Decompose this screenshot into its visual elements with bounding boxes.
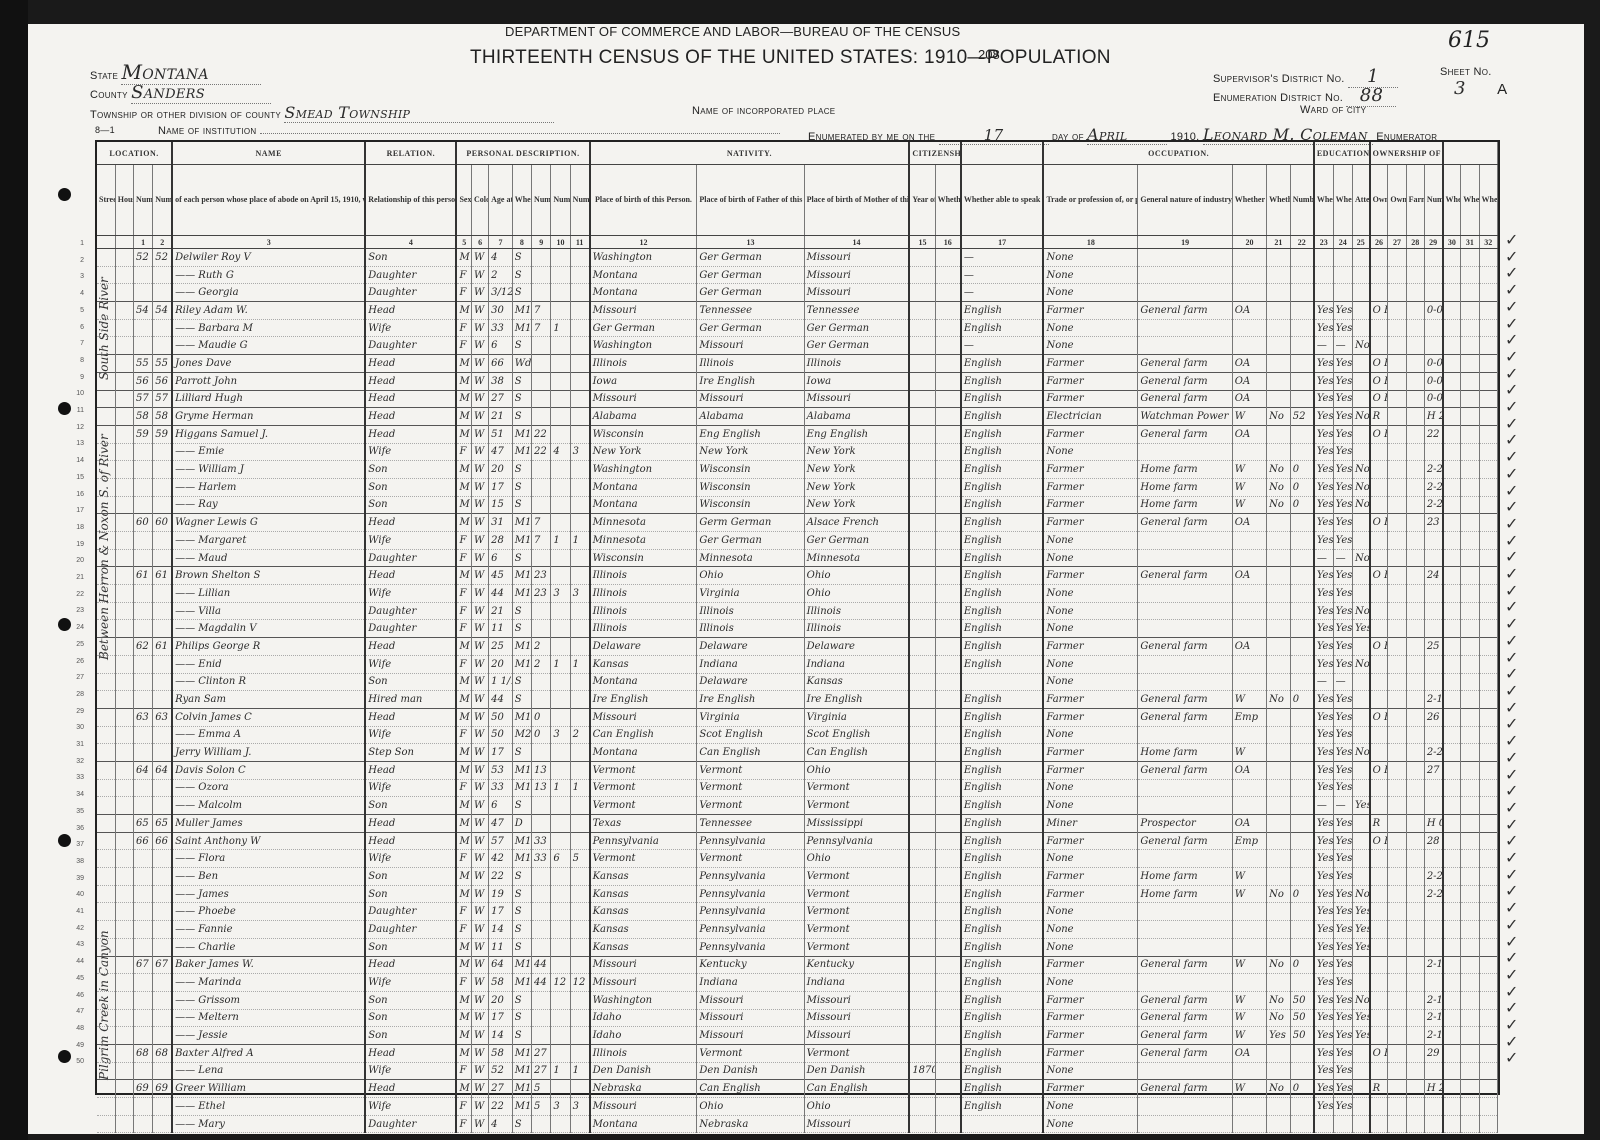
cell-empty	[1388, 991, 1406, 1009]
cell-sch	[1352, 956, 1369, 974]
cell-lang: English	[961, 390, 1044, 408]
cell-farm: 28	[1424, 832, 1442, 850]
cell-liv	[570, 761, 589, 779]
cell-empty	[1406, 302, 1424, 320]
cell-ind: Prospector	[1138, 815, 1232, 833]
cell-fpob: Illinois	[697, 602, 804, 620]
cell-trade: None	[1043, 726, 1137, 744]
cell-fpob: Pennsylvania	[697, 885, 804, 903]
cell-trade: None	[1043, 655, 1137, 673]
cell-fam	[153, 885, 172, 903]
cell-nat	[935, 355, 961, 373]
cell-fpob: Virginia	[697, 585, 804, 603]
cell-cls: W	[1232, 461, 1266, 479]
cell-imm	[909, 1044, 935, 1062]
cell-dw	[133, 620, 152, 638]
cell-rel: Head	[365, 708, 456, 726]
cell-empty	[115, 620, 133, 638]
cell-imm	[909, 797, 935, 815]
cell-age: 66	[489, 355, 513, 373]
cell-pob: Kansas	[590, 868, 697, 886]
cell-oow	[1267, 1062, 1291, 1080]
cell-name: —— Maudie G	[172, 337, 365, 355]
cell-empty	[1388, 266, 1406, 284]
cell-age: 38	[489, 372, 513, 390]
cell-mpob: Missouri	[804, 390, 909, 408]
cell-age: 21	[489, 602, 513, 620]
cell-pob: Ger German	[590, 319, 697, 337]
cell-fam	[153, 1062, 172, 1080]
cell-wr: Yes	[1333, 390, 1352, 408]
cell-ind	[1138, 1115, 1232, 1133]
cell-empty	[1443, 638, 1461, 656]
cell-name: —— Emma A	[172, 726, 365, 744]
cell-fpob: Ohio	[697, 1098, 804, 1116]
cell-own: O F F	[1370, 708, 1388, 726]
cell-age: 20	[489, 991, 513, 1009]
cell-trade: None	[1043, 266, 1137, 284]
cell-wr: Yes	[1333, 585, 1352, 603]
cell-cls: W	[1232, 868, 1266, 886]
cell-empty	[1479, 585, 1497, 603]
cell-cls	[1232, 266, 1266, 284]
cell-empty	[97, 779, 115, 797]
cell-empty	[115, 991, 133, 1009]
cell-fpob: Germ German	[697, 514, 804, 532]
cell-sch	[1352, 443, 1369, 461]
cell-lang: English	[961, 319, 1044, 337]
cell-empty	[1388, 443, 1406, 461]
cell-empty	[1388, 496, 1406, 514]
cell-wk	[1290, 1098, 1314, 1116]
cell-wk	[1290, 761, 1314, 779]
line-number: 47	[68, 1008, 84, 1015]
cell-fpob: Illinois	[697, 355, 804, 373]
cell-dw: 63	[133, 708, 152, 726]
cell-ym	[532, 673, 551, 691]
cell-dw: 62	[133, 638, 152, 656]
cell-farm: 2-1-0-0	[1424, 1027, 1442, 1045]
cell-fam	[153, 602, 172, 620]
cell-sch	[1352, 425, 1369, 443]
cell-pob: Washington	[590, 461, 697, 479]
cell-wr: Yes	[1333, 514, 1352, 532]
cell-name: —— Maud	[172, 549, 365, 567]
cell-fpob: Missouri	[697, 390, 804, 408]
cell-ind	[1138, 620, 1232, 638]
cell-wk	[1290, 425, 1314, 443]
cell-nat	[935, 425, 961, 443]
cell-cls: W	[1232, 408, 1266, 426]
cell-sex: F	[456, 974, 471, 992]
cell-race: W	[471, 443, 488, 461]
supervisor-label: Supervisor's District No.	[1213, 73, 1345, 85]
cell-fpob: Pennsylvania	[697, 832, 804, 850]
cell-ym: 2	[532, 638, 551, 656]
cell-name: —— Barbara M	[172, 319, 365, 337]
cell-oow	[1267, 390, 1291, 408]
line-number: 34	[68, 791, 84, 798]
cell-imm	[909, 779, 935, 797]
cell-race: W	[471, 408, 488, 426]
cell-rd: Yes	[1314, 425, 1333, 443]
cell-sex: F	[456, 620, 471, 638]
cell-sch: Yes	[1352, 1027, 1369, 1045]
cell-liv	[570, 868, 589, 886]
cell-sex: M	[456, 461, 471, 479]
cell-fpob: Kentucky	[697, 956, 804, 974]
cell-empty	[1406, 602, 1424, 620]
cell-sex: F	[456, 266, 471, 284]
cell-liv	[570, 355, 589, 373]
cell-name: —— Fannie	[172, 921, 365, 939]
cell-born	[551, 549, 570, 567]
cell-pob: Can English	[590, 726, 697, 744]
cell-fam	[153, 1115, 172, 1133]
cell-born	[551, 514, 570, 532]
cell-empty	[1461, 585, 1479, 603]
cell-rel: Daughter	[365, 337, 456, 355]
column-number: 3	[172, 236, 365, 249]
column-number: 32	[1479, 236, 1497, 249]
cell-trade: None	[1043, 443, 1137, 461]
cell-fam	[153, 903, 172, 921]
cell-name: —— Malcolm	[172, 797, 365, 815]
cell-oow	[1267, 797, 1291, 815]
cell-ms: M1	[512, 514, 531, 532]
cell-empty	[1388, 549, 1406, 567]
cell-nat	[935, 744, 961, 762]
cell-liv: 3	[570, 1098, 589, 1116]
cell-wk	[1290, 585, 1314, 603]
cell-trade: None	[1043, 1115, 1137, 1133]
cell-empty	[1461, 974, 1479, 992]
cell-born: 1	[551, 532, 570, 550]
cell-empty	[1388, 850, 1406, 868]
cell-ym	[532, 691, 551, 709]
cell-empty	[1406, 868, 1424, 886]
cell-nat	[935, 514, 961, 532]
cell-born: 6	[551, 850, 570, 868]
cell-trade: Farmer	[1043, 708, 1137, 726]
table-row: —— EthelWifeFW22M1533MissouriOhioOhioEng…	[97, 1098, 1498, 1116]
line-number: 8	[68, 357, 84, 364]
cell-rel: Daughter	[365, 549, 456, 567]
cell-empty	[115, 425, 133, 443]
cell-empty	[1461, 779, 1479, 797]
cell-fpob: Alabama	[697, 408, 804, 426]
column-number: 26	[1370, 236, 1388, 249]
cell-oow	[1267, 567, 1291, 585]
cell-liv	[570, 372, 589, 390]
cell-born: 12	[551, 974, 570, 992]
cell-empty	[1443, 408, 1461, 426]
cell-ms: Wd	[512, 355, 531, 373]
cell-nat	[935, 266, 961, 284]
cell-rel: Wife	[365, 443, 456, 461]
cell-own	[1370, 885, 1388, 903]
cell-ms: M1	[512, 1044, 531, 1062]
col-sex: Sex.	[456, 165, 471, 236]
cell-imm	[909, 425, 935, 443]
cell-empty	[1406, 850, 1424, 868]
cell-liv	[570, 302, 589, 320]
cell-wk	[1290, 284, 1314, 302]
cell-own	[1370, 1062, 1388, 1080]
cell-ms: M1	[512, 655, 531, 673]
cell-sch	[1352, 249, 1369, 267]
township-label: Township or other division of county	[90, 109, 281, 121]
cell-imm	[909, 1027, 935, 1045]
cell-mpob: Missouri	[804, 1115, 909, 1133]
cell-empty	[1388, 408, 1406, 426]
cell-empty	[1388, 567, 1406, 585]
cell-trade: Farmer	[1043, 514, 1137, 532]
cell-mpob: Vermont	[804, 1044, 909, 1062]
cell-pob: Illinois	[590, 585, 697, 603]
cell-age: 33	[489, 319, 513, 337]
cell-empty	[97, 390, 115, 408]
cell-own: O F F	[1370, 832, 1388, 850]
cell-age: 31	[489, 514, 513, 532]
cell-ind: General farm	[1138, 956, 1232, 974]
cell-race: W	[471, 691, 488, 709]
cell-pob: Idaho	[590, 1009, 697, 1027]
cell-oow	[1267, 514, 1291, 532]
cell-rel: Head	[365, 408, 456, 426]
cell-imm	[909, 868, 935, 886]
col-marital: Whether single, married, widowed, or div…	[512, 165, 531, 236]
cell-trade: Farmer	[1043, 638, 1137, 656]
cell-wk: 0	[1290, 478, 1314, 496]
cell-ms: S	[512, 390, 531, 408]
cell-empty	[1479, 797, 1497, 815]
cell-name: Greer William	[172, 1080, 365, 1098]
cell-rd: Yes	[1314, 585, 1333, 603]
cell-empty	[115, 832, 133, 850]
cell-born	[551, 461, 570, 479]
cell-race: W	[471, 461, 488, 479]
cell-sex: M	[456, 302, 471, 320]
cell-cls: OA	[1232, 514, 1266, 532]
cell-empty	[1461, 956, 1479, 974]
cell-sch: No	[1352, 461, 1369, 479]
cell-wr: Yes	[1333, 1080, 1352, 1098]
cell-born	[551, 903, 570, 921]
cell-ind	[1138, 337, 1232, 355]
cell-empty	[1461, 691, 1479, 709]
cell-sch: No	[1352, 408, 1369, 426]
cell-pob: Wisconsin	[590, 549, 697, 567]
cell-wk: 0	[1290, 1080, 1314, 1098]
cell-dw	[133, 885, 152, 903]
cell-empty	[1461, 355, 1479, 373]
column-number: 1	[133, 236, 152, 249]
col-name: of each person whose place of abode on A…	[172, 165, 365, 236]
cell-age: 17	[489, 903, 513, 921]
cell-nat	[935, 408, 961, 426]
cell-imm	[909, 991, 935, 1009]
cell-mpob: Illinois	[804, 602, 909, 620]
cell-cls	[1232, 249, 1266, 267]
cell-rd: Yes	[1314, 956, 1333, 974]
cell-age: 6	[489, 337, 513, 355]
cell-imm	[909, 585, 935, 603]
cell-own	[1370, 266, 1388, 284]
cell-fam	[153, 868, 172, 886]
column-number: 28	[1406, 236, 1424, 249]
cell-nat	[935, 1044, 961, 1062]
cell-lang: English	[961, 1009, 1044, 1027]
cell-empty	[1479, 691, 1497, 709]
cell-born	[551, 673, 570, 691]
cell-farm: 2-1-0-0	[1424, 1009, 1442, 1027]
cell-empty	[115, 549, 133, 567]
cell-wr: Yes	[1333, 302, 1352, 320]
cell-farm: H 0-7-0-6	[1424, 815, 1442, 833]
cell-nat	[935, 885, 961, 903]
table-row: 6060Wagner Lewis GHeadMW31M17MinnesotaGe…	[97, 514, 1498, 532]
cell-rd: Yes	[1314, 355, 1333, 373]
cell-pob: Minnesota	[590, 514, 697, 532]
cell-empty	[97, 726, 115, 744]
cell-empty	[1461, 868, 1479, 886]
column-number: 13	[697, 236, 804, 249]
cell-empty	[1406, 319, 1424, 337]
cell-rd: Yes	[1314, 567, 1333, 585]
cell-cls: OA	[1232, 425, 1266, 443]
cell-empty	[1461, 1080, 1479, 1098]
cell-empty	[1406, 974, 1424, 992]
cell-liv	[570, 319, 589, 337]
cell-lang: —	[961, 266, 1044, 284]
cell-dw: 58	[133, 408, 152, 426]
cell-pob: Wisconsin	[590, 425, 697, 443]
cell-empty	[115, 797, 133, 815]
cell-empty	[115, 567, 133, 585]
cell-oow	[1267, 319, 1291, 337]
cell-wk	[1290, 815, 1314, 833]
cell-lang: English	[961, 956, 1044, 974]
cell-own	[1370, 1009, 1388, 1027]
line-number: 35	[68, 808, 84, 815]
cell-cls	[1232, 903, 1266, 921]
cell-ind: General farm	[1138, 372, 1232, 390]
cell-race: W	[471, 549, 488, 567]
cell-mpob: Kansas	[804, 673, 909, 691]
cell-ym: 22	[532, 443, 551, 461]
cell-imm	[909, 620, 935, 638]
cell-wk: 0	[1290, 956, 1314, 974]
cell-sch	[1352, 761, 1369, 779]
cell-mpob: Mississippi	[804, 815, 909, 833]
cell-empty	[97, 514, 115, 532]
cell-ms: S	[512, 673, 531, 691]
cell-dw	[133, 602, 152, 620]
cell-age: 4	[489, 249, 513, 267]
cell-liv	[570, 567, 589, 585]
cell-empty	[1406, 372, 1424, 390]
cell-empty	[1388, 425, 1406, 443]
cell-lang: English	[961, 691, 1044, 709]
cell-pob: Kansas	[590, 938, 697, 956]
line-number: 2	[68, 257, 84, 264]
table-row: 6666Saint Anthony WHeadMW57M133Pennsylva…	[97, 832, 1498, 850]
cell-empty	[1443, 355, 1461, 373]
cell-oow: No	[1267, 1009, 1291, 1027]
cell-empty	[1406, 779, 1424, 797]
cell-own	[1370, 620, 1388, 638]
cell-wk	[1290, 249, 1314, 267]
table-row: —— MalcolmSonMW6SVermontVermontVermontEn…	[97, 797, 1498, 815]
cell-born	[551, 249, 570, 267]
cell-empty	[115, 496, 133, 514]
cell-ms: M1	[512, 832, 531, 850]
cell-name: Higgans Samuel J.	[172, 425, 365, 443]
cell-wk: 50	[1290, 1009, 1314, 1027]
cell-sex: F	[456, 337, 471, 355]
table-row: 5252Delwiler Roy VSonMW4SWashingtonGer G…	[97, 249, 1498, 267]
cell-sex: M	[456, 797, 471, 815]
cell-ym	[532, 249, 551, 267]
cell-empty	[1388, 691, 1406, 709]
group-relation: RELATION.	[365, 142, 456, 165]
cell-rd: Yes	[1314, 832, 1333, 850]
cell-empty	[115, 974, 133, 992]
cell-name: Colvin James C	[172, 708, 365, 726]
cell-ym	[532, 602, 551, 620]
cell-ind: General farm	[1138, 1009, 1232, 1027]
col-farm-house: Farm or house.	[1406, 165, 1424, 236]
cell-born	[551, 956, 570, 974]
cell-cls	[1232, 549, 1266, 567]
cell-ms: M1	[512, 974, 531, 992]
cell-liv	[570, 638, 589, 656]
cell-rd: Yes	[1314, 302, 1333, 320]
cell-empty	[1479, 1062, 1497, 1080]
cell-fpob: Pennsylvania	[697, 921, 804, 939]
cell-liv	[570, 390, 589, 408]
cell-own	[1370, 938, 1388, 956]
cell-ind: General farm	[1138, 302, 1232, 320]
cell-liv	[570, 921, 589, 939]
cell-empty	[97, 372, 115, 390]
cell-race: W	[471, 249, 488, 267]
cell-lang: English	[961, 761, 1044, 779]
cell-age: 33	[489, 779, 513, 797]
cell-trade: None	[1043, 1098, 1137, 1116]
cell-mpob: Ohio	[804, 850, 909, 868]
cell-nat	[935, 815, 961, 833]
cell-ind: Home farm	[1138, 461, 1232, 479]
column-number: 24	[1333, 236, 1352, 249]
cell-empty	[1461, 496, 1479, 514]
cell-wk: 52	[1290, 408, 1314, 426]
cell-farm	[1424, 249, 1442, 267]
cell-wr: Yes	[1333, 744, 1352, 762]
cell-rd	[1314, 284, 1333, 302]
cell-imm	[909, 1115, 935, 1133]
cell-own: O F F	[1370, 514, 1388, 532]
cell-fam: 56	[153, 372, 172, 390]
col-years-married: Number of years of present marriage.	[532, 165, 551, 236]
cell-ms: M1	[512, 708, 531, 726]
cell-cls	[1232, 443, 1266, 461]
cell-rel: Son	[365, 673, 456, 691]
line-number: 16	[68, 491, 84, 498]
col-weeks-out: Number of weeks out of work during year …	[1290, 165, 1314, 236]
cell-empty	[1443, 691, 1461, 709]
